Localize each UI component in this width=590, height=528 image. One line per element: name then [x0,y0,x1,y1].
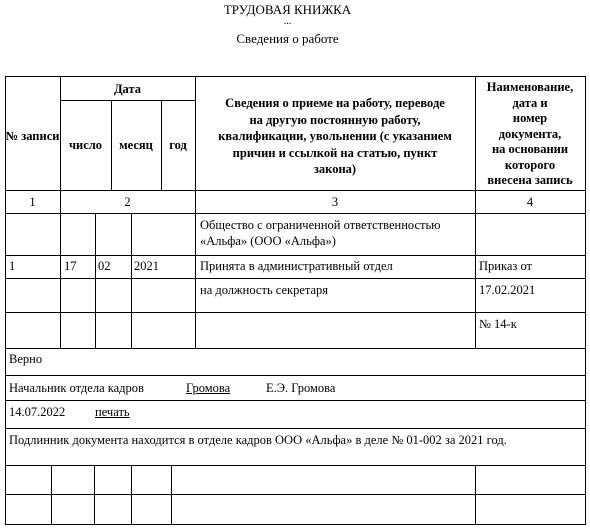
record-info: Принята в административный отдел [200,258,393,274]
record-doc: 17.02.2021 [479,282,535,298]
table-row: Общество с ограниченной ответственностью… [200,217,441,249]
header-record-no: № записи [5,128,60,145]
row-info-line: «Альфа» (ООО «Альфа») [200,233,441,249]
record-day: 17 [64,258,77,274]
header-info-line: причин и ссылкой на статью, пункт [195,145,475,162]
column-number-2: 2 [60,194,195,210]
column-number-4: 4 [475,194,585,210]
record-doc: № 14-к [479,316,517,332]
signer-name: Е.Э. Громова [266,380,335,396]
column-number-3: 3 [195,194,475,210]
header-doc-line: которого [475,158,585,174]
header-month: месяц [111,137,161,153]
header-year: год [161,137,195,153]
position-label: Начальник отдела кадров [9,380,144,396]
section-subtitle: Сведения о работе [0,31,575,47]
header-doc-line: дата и [475,96,585,112]
stamp: печать [95,404,130,420]
record-year: 2021 [134,258,159,274]
verified-label: Верно [9,351,42,367]
header-doc-line: на основании [475,142,585,158]
column-number-1: 1 [5,194,60,210]
header-info-line: на другую постоянную работу, [195,112,475,129]
header-date: Дата [60,81,195,97]
signature: Громова [186,380,230,396]
header-doc-line: внесена запись [475,173,585,189]
ellipsis: ... [0,14,575,30]
header-document: Наименование, дата и номер документа, на… [475,80,585,189]
original-note: Подлинник документа находится в отделе к… [9,432,507,448]
header-info-line: квалификации, увольнении (с указанием [195,128,475,145]
header-day: число [60,137,111,153]
record-month: 02 [98,258,111,274]
header-doc-line: документа, [475,127,585,143]
record-info: на должность секретаря [200,282,328,298]
header-doc-line: Наименование, [475,80,585,96]
header-doc-line: номер [475,111,585,127]
certification-date: 14.07.2022 [9,404,65,420]
record-doc: Приказ от [479,258,532,274]
record-no: 1 [9,258,15,274]
header-info-line: закона) [195,161,475,178]
header-info: Сведения о приеме на работу, переводе на… [195,95,475,178]
header-info-line: Сведения о приеме на работу, переводе [195,95,475,112]
row-info-line: Общество с ограниченной ответственностью [200,217,441,233]
